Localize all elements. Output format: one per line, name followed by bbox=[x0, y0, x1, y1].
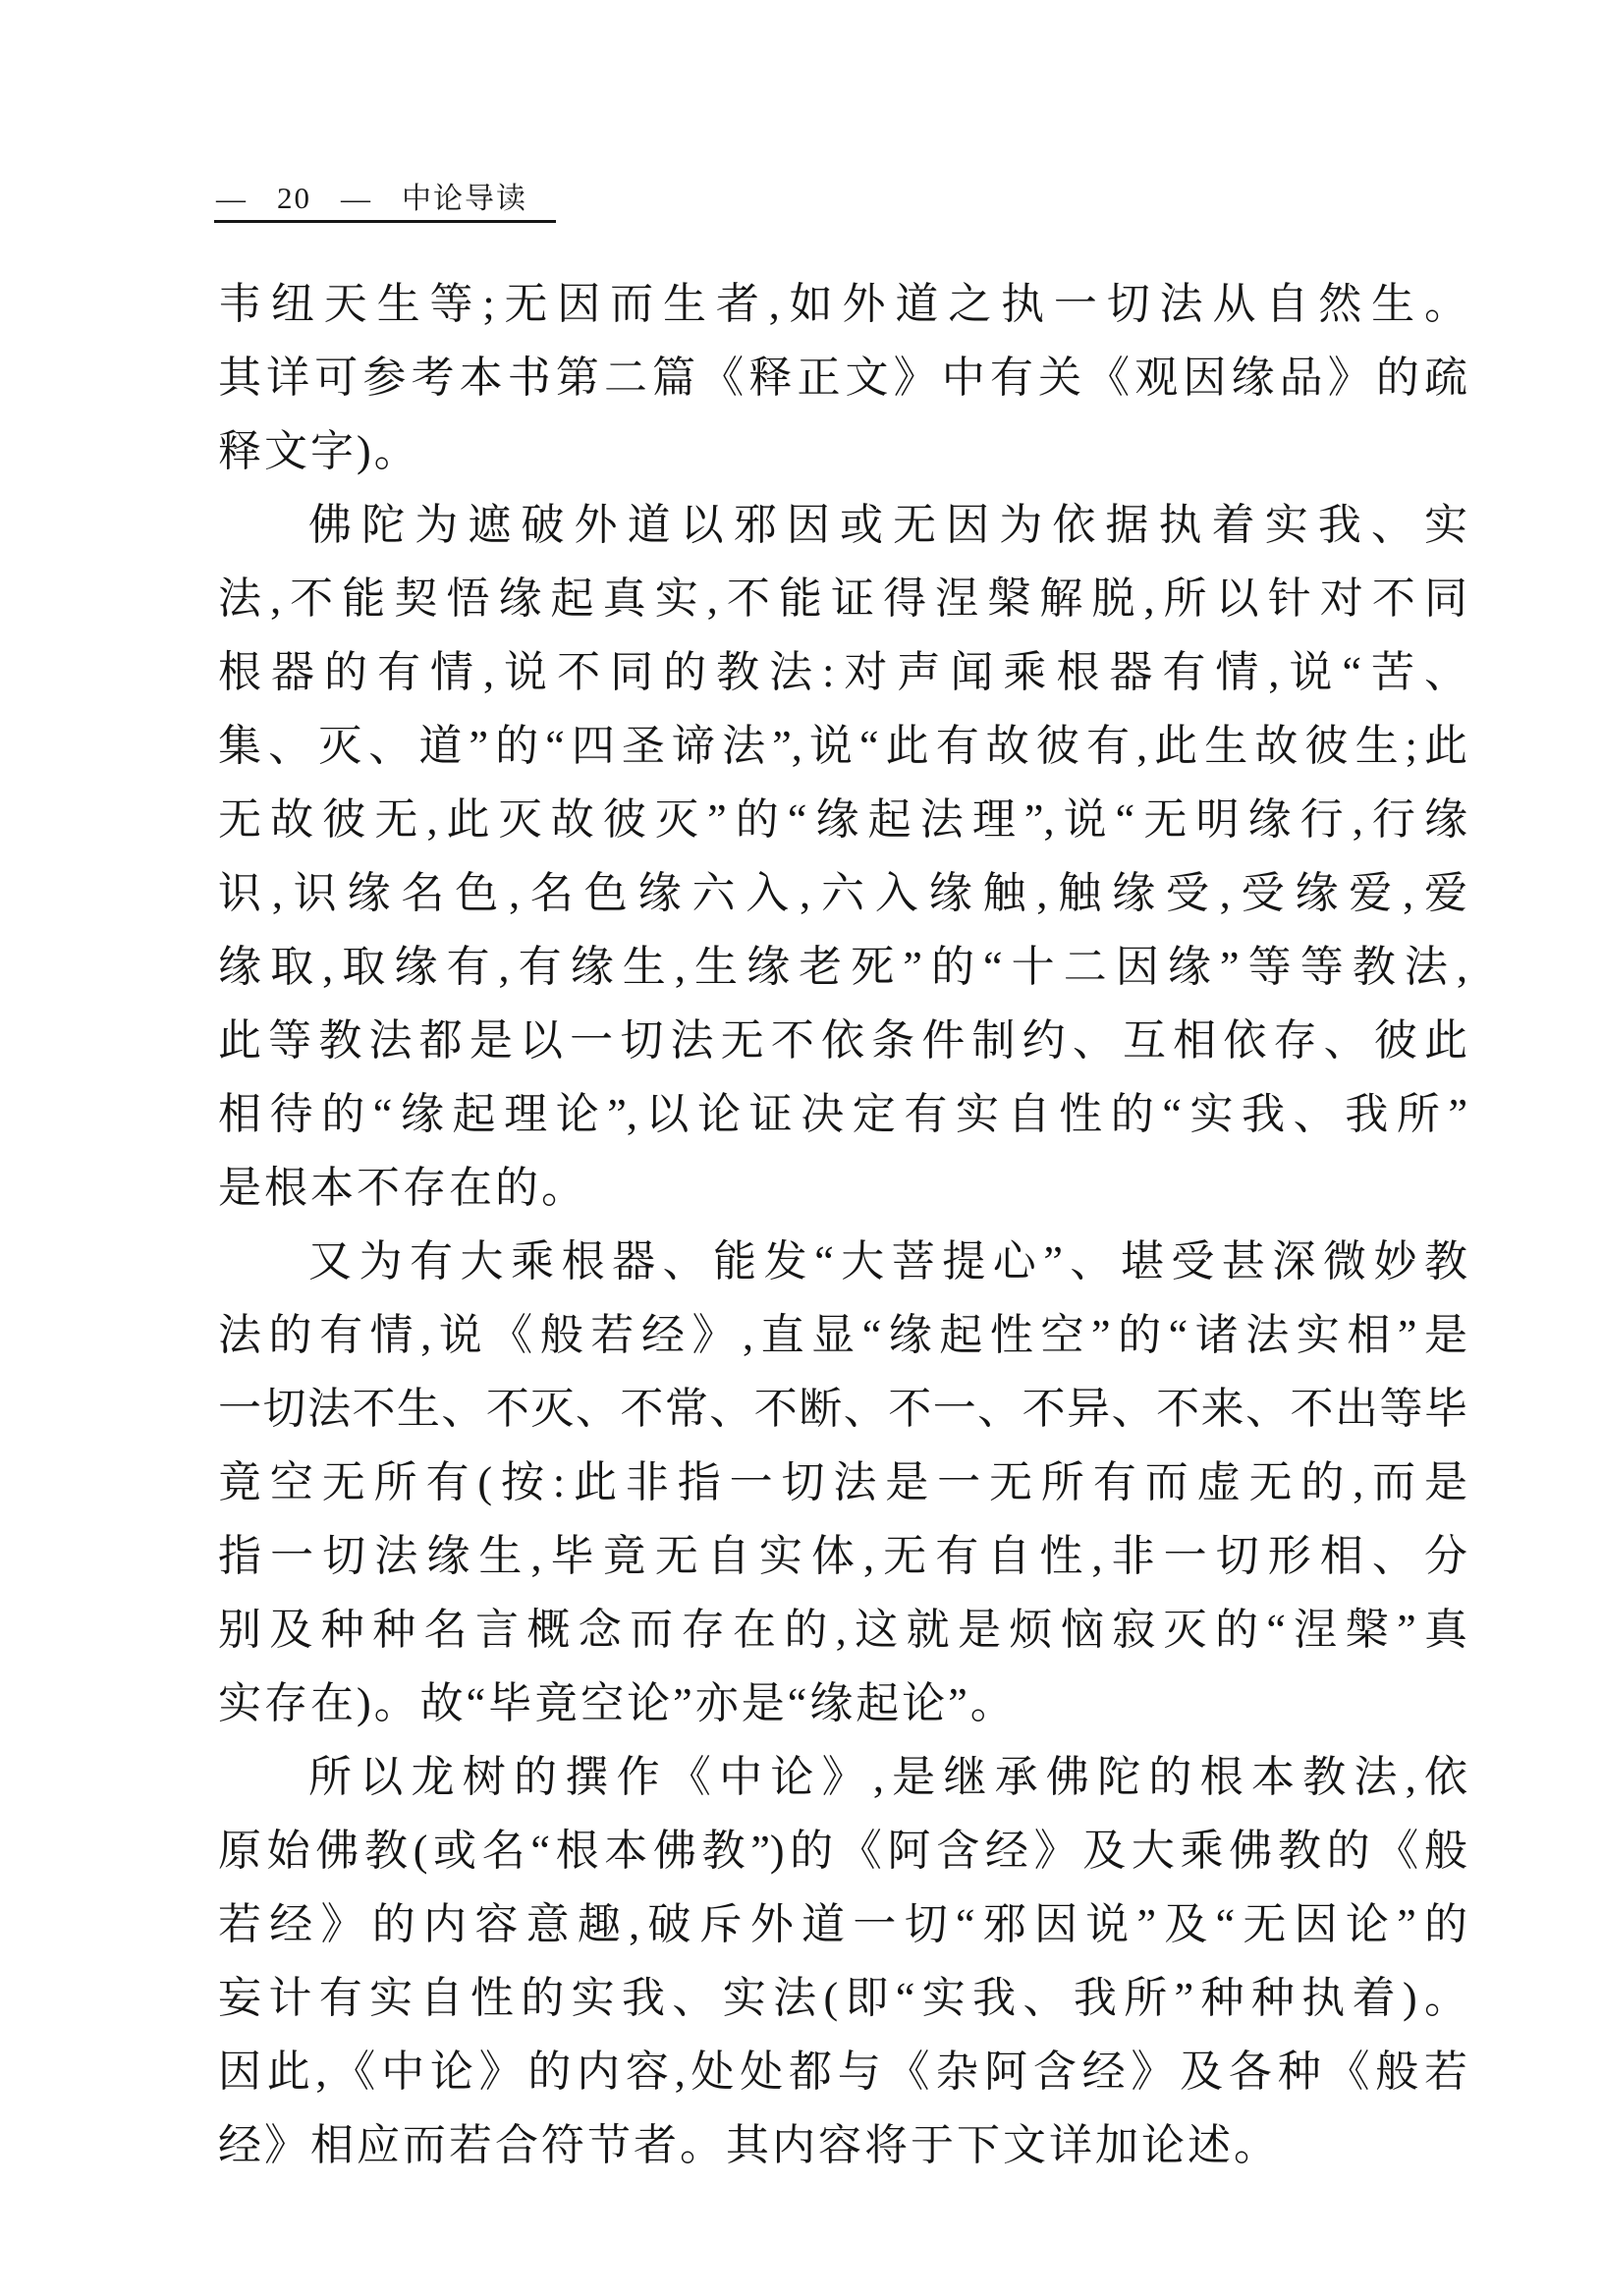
text-line: 竟空无所有(按:此非指一切法是一无所有而虚无的,而是 bbox=[218, 1446, 1467, 1519]
text-line: 又为有大乘根器、能发“大菩提心”、堪受甚深微妙教 bbox=[218, 1225, 1467, 1298]
text-line: 无故彼无,此灭故彼灭”的“缘起法理”,说“无明缘行,行缘 bbox=[218, 783, 1467, 856]
header-rule bbox=[214, 220, 556, 223]
page-number: 20 bbox=[277, 181, 311, 216]
paragraph-1: 韦纽天生等;无因而生者,如外道之执一切法从自然生。其详可参考本书第二篇《释正文》… bbox=[218, 267, 1467, 488]
text-line: 指一切法缘生,毕竟无自实体,无有自性,非一切形相、分 bbox=[218, 1519, 1467, 1593]
header-dash-left: — bbox=[216, 182, 248, 217]
running-head: — 20 — 中论导读 bbox=[216, 181, 527, 217]
text-line: 原始佛教(或名“根本佛教”)的《阿含经》及大乘佛教的《般 bbox=[218, 1814, 1467, 1887]
text-line: 其详可参考本书第二篇《释正文》中有关《观因缘品》的疏 bbox=[218, 341, 1467, 414]
text-line: 所以龙树的撰作《中论》,是继承佛陀的根本教法,依 bbox=[218, 1740, 1467, 1814]
book-page: — 20 — 中论导读 韦纽天生等;无因而生者,如外道之执一切法从自然生。其详可… bbox=[0, 0, 1603, 2296]
text-line: 实存在)。故“毕竟空论”亦是“缘起论”。 bbox=[218, 1667, 1467, 1740]
text-line: 相待的“缘起理论”,以论证决定有实自性的“实我、我所” bbox=[218, 1077, 1467, 1151]
text-line: 释文字)。 bbox=[218, 414, 1467, 488]
text-line: 法,不能契悟缘起真实,不能证得涅槃解脱,所以针对不同 bbox=[218, 562, 1467, 635]
text-line: 别及种种名言概念而存在的,这就是烦恼寂灭的“涅槃”真 bbox=[218, 1593, 1467, 1667]
text-line: 根器的有情,说不同的教法:对声闻乘根器有情,说“苦、 bbox=[218, 635, 1467, 709]
header-dash-right: — bbox=[341, 182, 372, 217]
text-line: 识,识缘名色,名色缘六入,六入缘触,触缘受,受缘爱,爱 bbox=[218, 856, 1467, 930]
text-line: 若经》的内容意趣,破斥外道一切“邪因说”及“无因论”的 bbox=[218, 1887, 1467, 1961]
text-line: 一切法不生、不灭、不常、不断、不一、不异、不来、不出等毕 bbox=[218, 1372, 1467, 1446]
book-title: 中论导读 bbox=[402, 182, 527, 217]
paragraph-2: 佛陀为遮破外道以邪因或无因为依据执着实我、实法,不能契悟缘起真实,不能证得涅槃解… bbox=[218, 488, 1467, 1225]
text-line: 缘取,取缘有,有缘生,生缘老死”的“十二因缘”等等教法, bbox=[218, 930, 1467, 1004]
text-line: 佛陀为遮破外道以邪因或无因为依据执着实我、实 bbox=[218, 488, 1467, 562]
paragraph-3: 又为有大乘根器、能发“大菩提心”、堪受甚深微妙教法的有情,说《般若经》,直显“缘… bbox=[218, 1225, 1467, 1740]
paragraph-4: 所以龙树的撰作《中论》,是继承佛陀的根本教法,依原始佛教(或名“根本佛教”)的《… bbox=[218, 1740, 1467, 2182]
text-line: 法的有情,说《般若经》,直显“缘起性空”的“诸法实相”是 bbox=[218, 1298, 1467, 1372]
text-line: 经》相应而若合符节者。其内容将于下文详加论述。 bbox=[218, 2108, 1467, 2182]
text-line: 因此,《中论》的内容,处处都与《杂阿含经》及各种《般若 bbox=[218, 2035, 1467, 2108]
text-line: 妄计有实自性的实我、实法(即“实我、我所”种种执着)。 bbox=[218, 1961, 1467, 2035]
text-line: 韦纽天生等;无因而生者,如外道之执一切法从自然生。 bbox=[218, 267, 1467, 341]
text-line: 集、灭、道”的“四圣谛法”,说“此有故彼有,此生故彼生;此 bbox=[218, 709, 1467, 783]
body-text: 韦纽天生等;无因而生者,如外道之执一切法从自然生。其详可参考本书第二篇《释正文》… bbox=[218, 267, 1467, 2182]
text-line: 是根本不存在的。 bbox=[218, 1151, 1467, 1225]
text-line: 此等教法都是以一切法无不依条件制约、互相依存、彼此 bbox=[218, 1004, 1467, 1077]
